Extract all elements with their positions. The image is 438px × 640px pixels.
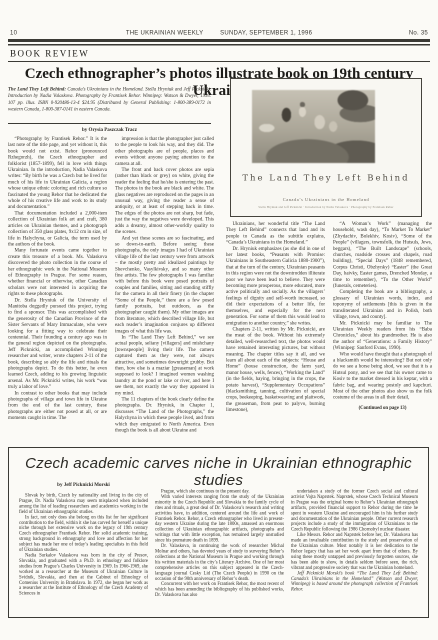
article1-column-1: “Photography by Frantisek Rehor.” It is … bbox=[8, 136, 107, 441]
paragraph: “Photography by Frantisek Rehor.” It is … bbox=[8, 136, 107, 210]
book-cover-title: The Land They Left Behind bbox=[231, 173, 421, 183]
paragraph: Slovak by birth, Czech by nationality an… bbox=[19, 493, 148, 515]
paragraph: Many fortunate events came together to c… bbox=[8, 248, 107, 298]
citation-book-title: The Land They Left Behind: bbox=[8, 87, 66, 93]
masthead: THE UKRAINIAN WEEKLY bbox=[126, 29, 203, 36]
paragraph: Dr. Stella Hryniuk of the University of … bbox=[8, 297, 107, 390]
issue-number: No. 35 bbox=[409, 29, 428, 36]
book-cover-photo bbox=[252, 90, 375, 163]
book-cover: The Land They Left Behind Canada’s Ukrai… bbox=[230, 78, 422, 217]
paragraph: impression is that the photographer just… bbox=[115, 136, 214, 167]
article1-column-2: impression is that the photographer just… bbox=[115, 136, 214, 441]
newspaper-page: 10 THE UKRAINIAN WEEKLY SUNDAY, SEPTEMBE… bbox=[0, 0, 438, 640]
article2-column-2: Prague, which she continues to the prese… bbox=[155, 489, 284, 609]
article1-column-3: Ukrainians, her wonderful title “The Lan… bbox=[226, 221, 325, 441]
paragraph: Like Messrs. Rehor and Naprstek before h… bbox=[291, 533, 418, 571]
paragraph: Ukrainians, her wonderful title “The Lan… bbox=[226, 221, 325, 246]
paragraph: In fact, not only does she belong on thi… bbox=[19, 515, 148, 553]
paragraph: Who would have thought that a photograph… bbox=[333, 351, 432, 401]
paragraph: Completing the book are a bibliography, … bbox=[333, 289, 432, 320]
article2-column-3: undertaken a study of the former Czech s… bbox=[291, 489, 418, 609]
masthead-line: THE UKRAINIAN WEEKLY SUNDAY, SEPTEMBER 1… bbox=[0, 29, 438, 36]
paragraph: Concurrent with her work on Frantisek Re… bbox=[155, 582, 284, 598]
continued-notice: (Continued on page 13) bbox=[333, 405, 432, 411]
article2-byline: by Jeff Picknicki Morski bbox=[19, 482, 148, 488]
article2-box: Czech academic carves niche in Ukrainian… bbox=[8, 447, 429, 618]
article1-column-4: “A Woman’s Work” (managing the household… bbox=[333, 221, 432, 441]
header-rule-thin bbox=[8, 44, 430, 46]
article2-column-1: Slovak by birth, Czech by nationality an… bbox=[19, 493, 148, 609]
paragraph: And yet these scenes are so fascinating,… bbox=[115, 235, 214, 334]
section-title: BOOK REVIEW bbox=[10, 49, 89, 60]
paragraph: In “The Land They Left Behind,” we see a… bbox=[115, 335, 214, 397]
paragraph: Dr. Hryniuk emphasizes (as she did in on… bbox=[226, 246, 325, 327]
paragraph: Nadia Surkalov Valaskova was born in the… bbox=[19, 553, 148, 597]
page-canvas: 10 THE UKRAINIAN WEEKLY SUNDAY, SEPTEMBE… bbox=[0, 0, 438, 640]
paragraph: With varied interests ranging from the s… bbox=[155, 494, 284, 543]
header-rule-thick bbox=[8, 39, 430, 42]
paragraph: That documentation included a 2,000-item… bbox=[8, 210, 107, 247]
article1-citation: The Land They Left Behind: Canada’s Ukra… bbox=[8, 86, 211, 113]
citation-rule bbox=[8, 123, 211, 124]
paragraph: “A Woman’s Work” (managing the household… bbox=[333, 221, 432, 289]
paragraph: In contrast to other books that may incl… bbox=[8, 390, 107, 421]
section-rule bbox=[8, 61, 430, 62]
editor-note: Jeff Picknicki Morski’s book “The Land T… bbox=[291, 571, 418, 593]
paragraph: The front and back cover photos are sepi… bbox=[115, 167, 214, 235]
issue-date: SUNDAY, SEPTEMBER 1, 1996 bbox=[220, 29, 312, 36]
book-cover-subtitle: Canada’s Ukrainians in the Homeland bbox=[231, 197, 421, 202]
paragraph: Chapters 2-11, written by Mr. Picknicki,… bbox=[226, 326, 325, 413]
paragraph: Mr. Picknicki may be familiar to The Ukr… bbox=[333, 320, 432, 351]
paragraph: Dr. Valaskova, in continuing the work of… bbox=[155, 544, 284, 582]
book-cover-credit: Stella Hryniuk and Jeff Picknicki · Intr… bbox=[231, 206, 421, 209]
article1-byline: by Orysia Paszczak Tracz bbox=[8, 127, 211, 133]
paragraph: The 11 chapters of the book clearly defi… bbox=[115, 397, 214, 434]
paragraph: undertaken a study of the former Czech s… bbox=[291, 489, 418, 533]
